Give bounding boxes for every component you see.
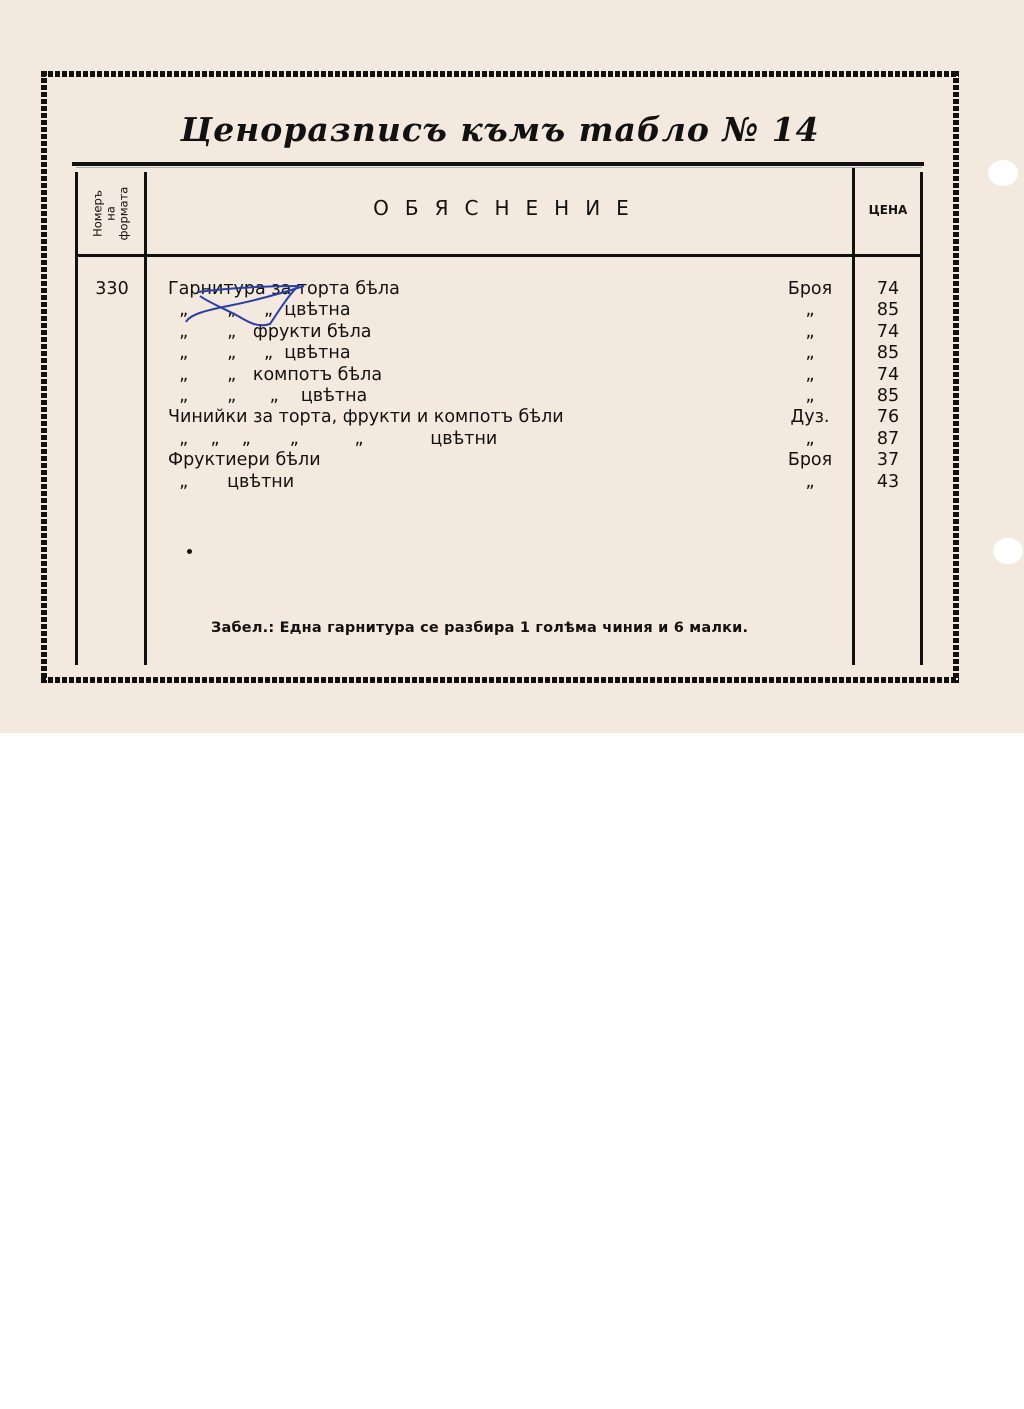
punch-hole-top xyxy=(988,160,1018,186)
footnote: Забел.: Една гарнитура се разбира 1 голѣ… xyxy=(211,620,748,636)
item-unit: Броя xyxy=(770,279,850,300)
item-description: „ „ „ цвѣтна xyxy=(168,343,351,364)
table-row: „ „ „ цвѣтна „ 85 xyxy=(0,386,1024,407)
item-description: „ „ компотъ бѣла xyxy=(168,365,382,386)
price-list-rows: 330 Гарнитура за торта бѣла Броя 74 „ „ … xyxy=(0,279,1024,493)
pen-strike-mark-icon xyxy=(178,282,308,332)
ink-speck xyxy=(187,549,192,554)
item-unit: „ xyxy=(770,429,850,450)
item-price: 74 xyxy=(856,365,920,386)
item-description: „ цвѣтни xyxy=(168,472,294,493)
item-price: 85 xyxy=(856,300,920,321)
decorative-border-bottom xyxy=(41,677,959,683)
item-price: 74 xyxy=(856,279,920,300)
item-unit: „ xyxy=(770,365,850,386)
decorative-border-top xyxy=(41,71,959,77)
table-top-rule-thin xyxy=(76,167,922,168)
item-unit: „ xyxy=(770,300,850,321)
column-header-explanation: ОБЯСНЕНИЕ xyxy=(148,196,854,220)
item-price: 85 xyxy=(856,386,920,407)
item-unit: Броя xyxy=(770,450,850,471)
scanned-page: Ценоразписъ къмъ табло № 14 Номеръ на фо… xyxy=(0,0,1024,733)
item-price: 76 xyxy=(856,407,920,428)
column-header-number: Номеръ на формата xyxy=(78,172,144,254)
item-price: 37 xyxy=(856,450,920,471)
item-unit: Дуз. xyxy=(770,407,850,428)
column-header-price: ЦЕНА xyxy=(856,203,920,217)
table-row: „ „ компотъ бѣла „ 74 xyxy=(0,365,1024,386)
table-row: „ цвѣтни „ 43 xyxy=(0,472,1024,493)
item-price: 43 xyxy=(856,472,920,493)
item-unit: „ xyxy=(770,472,850,493)
item-price: 74 xyxy=(856,322,920,343)
item-description: „ „ „ цвѣтна xyxy=(168,386,367,407)
format-number: 330 xyxy=(82,279,142,300)
header-number-line3: формата xyxy=(117,186,130,240)
item-price: 85 xyxy=(856,343,920,364)
table-row: „ „ „ цвѣтна „ 85 xyxy=(0,300,1024,321)
table-row: 330 Гарнитура за торта бѣла Броя 74 xyxy=(0,279,1024,300)
page-title: Ценоразписъ къмъ табло № 14 xyxy=(0,110,1000,149)
item-description: „ „ „ „ „ цвѣтни xyxy=(168,429,497,450)
table-row: „ „ „ цвѣтна „ 85 xyxy=(0,343,1024,364)
item-unit: „ xyxy=(770,386,850,407)
punch-hole-bottom xyxy=(993,538,1023,564)
item-unit: „ xyxy=(770,343,850,364)
table-top-rule xyxy=(72,162,924,166)
header-bottom-rule xyxy=(78,254,920,257)
table-row: „ „ фрукти бѣла „ 74 xyxy=(0,322,1024,343)
table-row: „ „ „ „ „ цвѣтни „ 87 xyxy=(0,429,1024,450)
item-price: 87 xyxy=(856,429,920,450)
table-row: Чинийки за торта, фрукти и компотъ бѣли … xyxy=(0,407,1024,428)
item-description: Фруктиери бѣли xyxy=(168,450,321,471)
item-unit: „ xyxy=(770,322,850,343)
table-row: Фруктиери бѣли Броя 37 xyxy=(0,450,1024,471)
item-description: Чинийки за торта, фрукти и компотъ бѣли xyxy=(168,407,564,428)
